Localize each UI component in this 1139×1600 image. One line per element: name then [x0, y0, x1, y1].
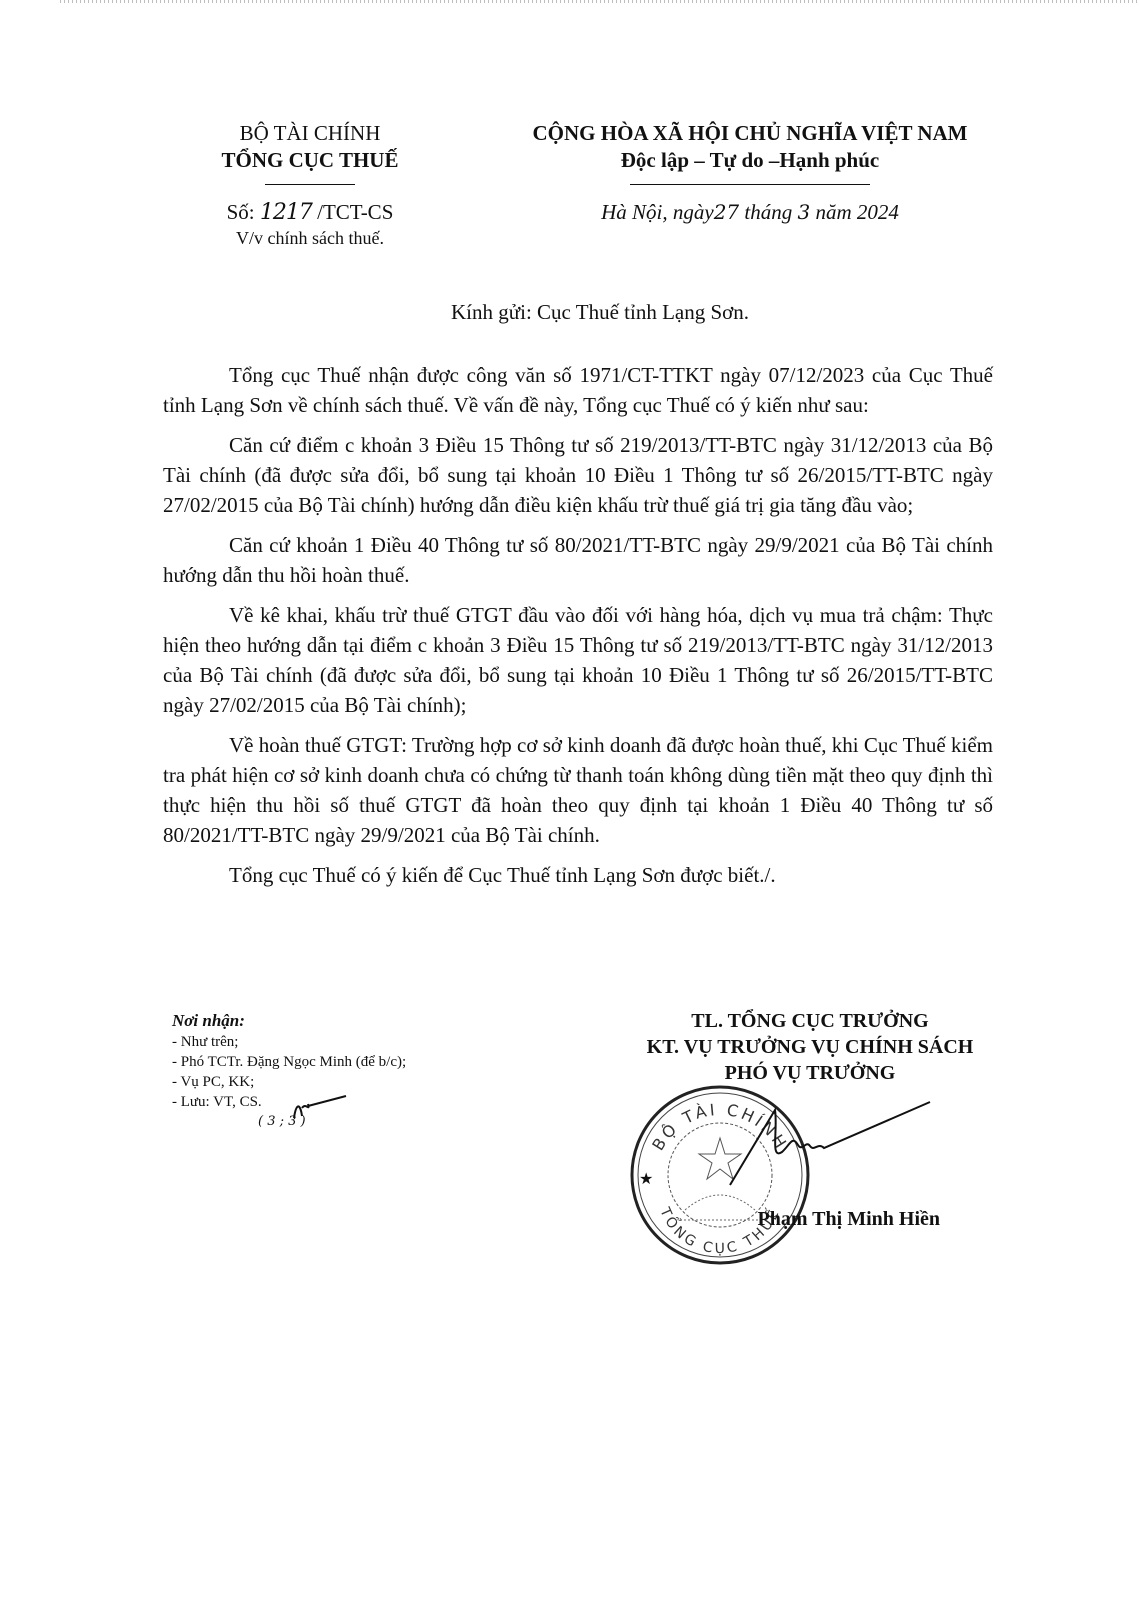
document-number: Số: 1217 /TCT-CS [195, 200, 425, 225]
addressee: Kính gửi: Cục Thuế tỉnh Lạng Sơn. [160, 300, 1040, 325]
recipient-item: - Lưu: VT, CS. [172, 1092, 532, 1112]
body-paragraph: Về kê khai, khấu trừ thuế GTGT đầu vào đ… [163, 600, 993, 720]
handwritten-signature-icon [720, 1090, 940, 1190]
doc-number-prefix: Số: [227, 200, 255, 224]
month-handwritten: 3 [797, 200, 810, 224]
motto-underline [630, 184, 870, 185]
body-paragraph: Căn cứ khoản 1 Điều 40 Thông tư số 80/20… [163, 530, 993, 590]
body-paragraph: Tổng cục Thuế nhận được công văn số 1971… [163, 360, 993, 420]
recipient-item: - Như trên; [172, 1032, 532, 1052]
month-label: tháng [744, 200, 792, 224]
national-motto: Độc lập – Tự do –Hạnh phúc [480, 146, 1020, 174]
doc-number-handwritten: 1217 [260, 200, 312, 225]
signature-title-2: KT. VỤ TRƯỞNG VỤ CHÍNH SÁCH [590, 1034, 1030, 1060]
recipient-item: - Phó TCTr. Đặng Ngọc Minh (để b/c); [172, 1052, 532, 1072]
ministry-name: BỘ TÀI CHÍNH [195, 120, 425, 146]
year-label: năm 2024 [815, 200, 898, 224]
scan-artifact-line [60, 0, 1139, 3]
recipients-block: Nơi nhận: - Như trên; - Phó TCTr. Đặng N… [172, 1010, 532, 1132]
agency-underline [265, 184, 355, 185]
national-header-block: CỘNG HÒA XÃ HỘI CHỦ NGHĨA VIỆT NAM Độc l… [480, 120, 1020, 185]
doc-number-suffix: /TCT-CS [317, 200, 393, 224]
recipients-title: Nơi nhận: [172, 1010, 532, 1032]
initials-scribble-icon [290, 1094, 350, 1124]
place-date-prefix: Hà Nội, ngày [601, 200, 714, 224]
department-name: TỔNG CỤC THUẾ [195, 146, 425, 174]
issuing-agency-block: BỘ TÀI CHÍNH TỔNG CỤC THUẾ [195, 120, 425, 185]
signature-title-1: TL. TỔNG CỤC TRƯỞNG [590, 1008, 1030, 1034]
signer-name: Phạm Thị Minh Hiền [640, 1208, 940, 1231]
recipient-item: - Vụ PC, KK; [172, 1072, 532, 1092]
body-paragraph: Về hoàn thuế GTGT: Trường hợp cơ sở kinh… [163, 730, 993, 850]
document-subject: V/v chính sách thuế. [195, 228, 425, 249]
body-paragraph: Căn cứ điểm c khoản 3 Điều 15 Thông tư s… [163, 430, 993, 520]
day-handwritten: 27 [714, 200, 739, 224]
signature-block: TL. TỔNG CỤC TRƯỞNG KT. VỤ TRƯỞNG VỤ CHÍ… [590, 1008, 1030, 1086]
document-body: Tổng cục Thuế nhận được công văn số 1971… [163, 360, 993, 900]
svg-text:★: ★ [639, 1171, 653, 1188]
place-and-date: Hà Nội, ngày27 tháng 3 năm 2024 [480, 200, 1020, 225]
nation-name: CỘNG HÒA XÃ HỘI CHỦ NGHĨA VIỆT NAM [480, 120, 1020, 146]
body-paragraph: Tổng cục Thuế có ý kiến để Cục Thuế tỉnh… [163, 860, 993, 890]
